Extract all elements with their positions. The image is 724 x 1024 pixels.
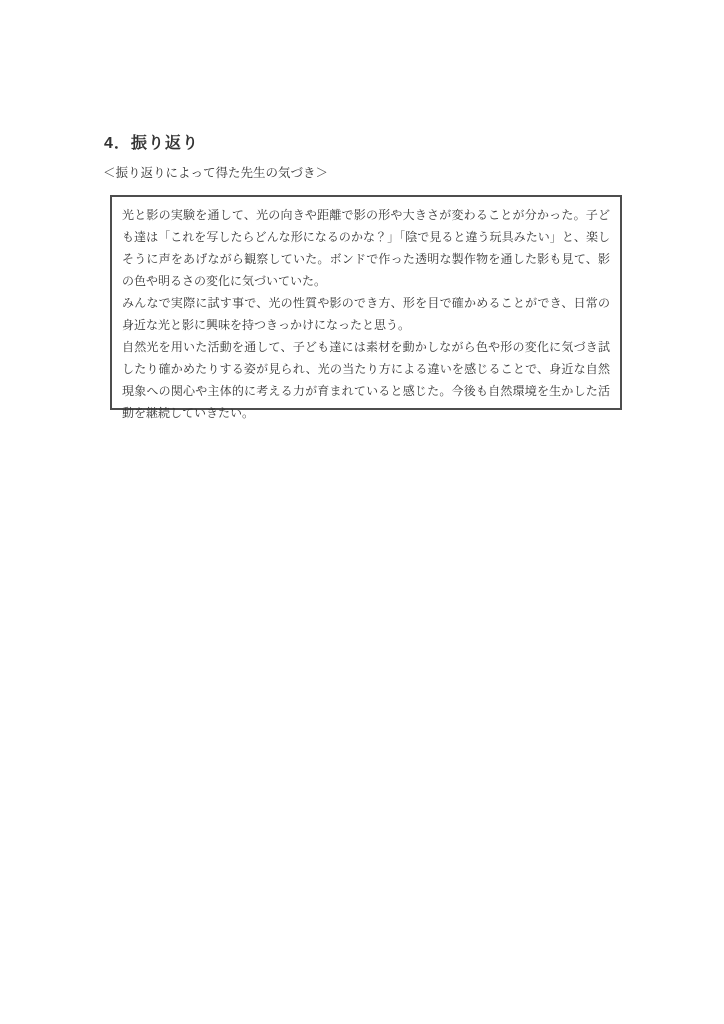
section-heading: 4．振り返り bbox=[104, 130, 199, 153]
reflection-paragraph-2: みんなで実際に試す事で、光の性質や影のでき方、形を目で確かめることができ、日常の… bbox=[122, 292, 610, 336]
reflection-paragraph-3: 自然光を用いた活動を通して、子ども達には素材を動かしながら色や形の変化に気づき試… bbox=[122, 336, 610, 424]
reflection-paragraph-1: 光と影の実験を通して、光の向きや距離で影の形や大きさが変わることが分かった。子ど… bbox=[122, 204, 610, 292]
reflection-box: 光と影の実験を通して、光の向きや距離で影の形や大きさが変わることが分かった。子ど… bbox=[110, 195, 622, 410]
document-page: 4．振り返り ＜振り返りによって得た先生の気づき＞ 光と影の実験を通して、光の向… bbox=[0, 0, 724, 1024]
subheading: ＜振り返りによって得た先生の気づき＞ bbox=[103, 163, 328, 181]
